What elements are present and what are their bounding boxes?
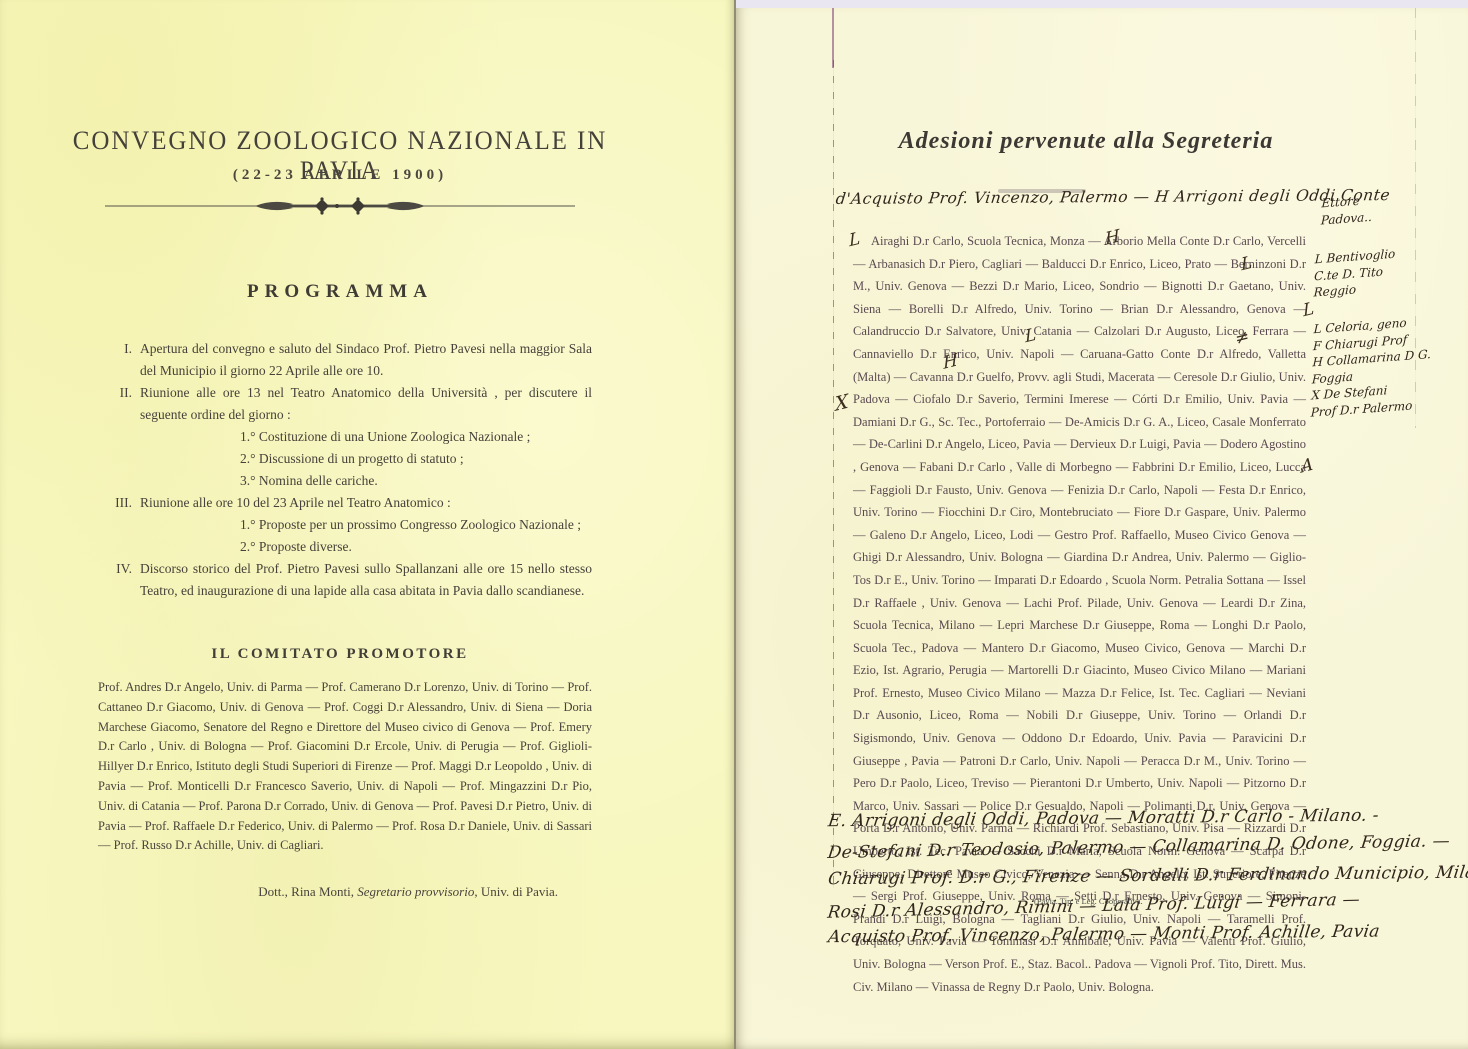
pen-mark: X xyxy=(834,390,849,416)
program-item-text: Riunione alle ore 13 nel Teatro Anatomic… xyxy=(140,382,592,426)
pen-mark: L xyxy=(1240,253,1252,276)
program-subitem: 2.° Proposte diverse. xyxy=(240,536,592,558)
program-subitem: 3.° Nomina delle cariche. xyxy=(240,470,592,492)
program-item-numeral: I. xyxy=(98,338,132,382)
printer-imprint: (Pavia. Tip. e Leg. Cooperativa. xyxy=(1034,896,1143,906)
program-subitem: 1.° Costituzione di una Unione Zoologica… xyxy=(240,426,592,448)
fold-line xyxy=(832,8,834,68)
ornamental-divider-icon xyxy=(105,196,575,216)
program-item-numeral: II. xyxy=(98,382,132,426)
left-page: CONVEGNO ZOOLOGICO NAZIONALE IN PAVIA (2… xyxy=(0,0,736,1049)
pen-mark: L xyxy=(1024,325,1036,348)
program-subitem: 1.° Proposte per un prossimo Congresso Z… xyxy=(240,514,592,536)
program-item-text: Riunione alle ore 10 del 23 Aprile nel T… xyxy=(140,492,592,514)
program-subitem: 2.° Discussione di un progetto di statut… xyxy=(240,448,592,470)
committee-paragraph: Prof. Andres D.r Angelo, Univ. di Parma … xyxy=(98,678,592,856)
program-item-text: Discorso storico del Prof. Pietro Pavesi… xyxy=(140,558,592,602)
fold-line xyxy=(833,60,834,888)
handwritten-bottom-block: E. Arrigoni degli Oddi, Padova — Moratti… xyxy=(828,808,1458,953)
secretary-line: Dott., Rina Monti, Segretario provvisori… xyxy=(98,884,558,900)
program-item-1: I. Apertura del convegno e saluto del Si… xyxy=(98,338,592,382)
program-item-3: III. Riunione alle ore 10 del 23 Aprile … xyxy=(98,492,592,514)
handwritten-line: Acquisto Prof. Vincenzo, Palermo — Monti… xyxy=(826,921,1461,957)
pen-mark: L xyxy=(1302,299,1314,322)
program-item-numeral: IV. xyxy=(98,558,132,602)
margin-note-group-3: L Celoria, geno F Chiarugi Prof H Collam… xyxy=(1310,310,1468,420)
handwritten-top-line: d'Acquisto Prof. Vincenzo, Palermo — H A… xyxy=(835,186,1391,208)
program-list: I. Apertura del convegno e saluto del Si… xyxy=(98,338,592,602)
document-subtitle: (22-23 APRILE 1900) xyxy=(40,167,640,184)
programma-heading: PROGRAMMA xyxy=(40,281,640,303)
margin-note-group-2: L Bentivoglio C.te D. Tito Reggio xyxy=(1313,240,1468,301)
pen-mark: H xyxy=(943,350,959,374)
right-page: Adesioni pervenute alla Segreteria d'Acq… xyxy=(736,8,1468,1049)
program-item-2: II. Riunione alle ore 13 nel Teatro Anat… xyxy=(98,382,592,426)
committee-heading: IL COMITATO PROMOTORE xyxy=(40,646,640,663)
program-item-4: IV. Discorso storico del Prof. Pietro Pa… xyxy=(98,558,592,602)
pen-mark: H xyxy=(1105,226,1121,250)
secretary-role: Segretario provvisorio xyxy=(357,884,474,899)
pen-mark: A xyxy=(1300,454,1313,477)
scanned-document: CONVEGNO ZOOLOGICO NAZIONALE IN PAVIA (2… xyxy=(0,0,1468,1049)
program-item-text: Apertura del convegno e saluto del Sinda… xyxy=(140,338,592,382)
pen-mark: ≠ xyxy=(1235,326,1250,350)
adhesions-heading: Adesioni pervenute alla Segreteria xyxy=(826,128,1346,155)
pen-mark: L xyxy=(848,229,860,252)
secretary-suffix: , Univ. di Pavia. xyxy=(474,884,558,899)
secretary-prefix: Dott., Rina Monti, xyxy=(258,884,357,899)
program-item-numeral: III. xyxy=(98,492,132,514)
